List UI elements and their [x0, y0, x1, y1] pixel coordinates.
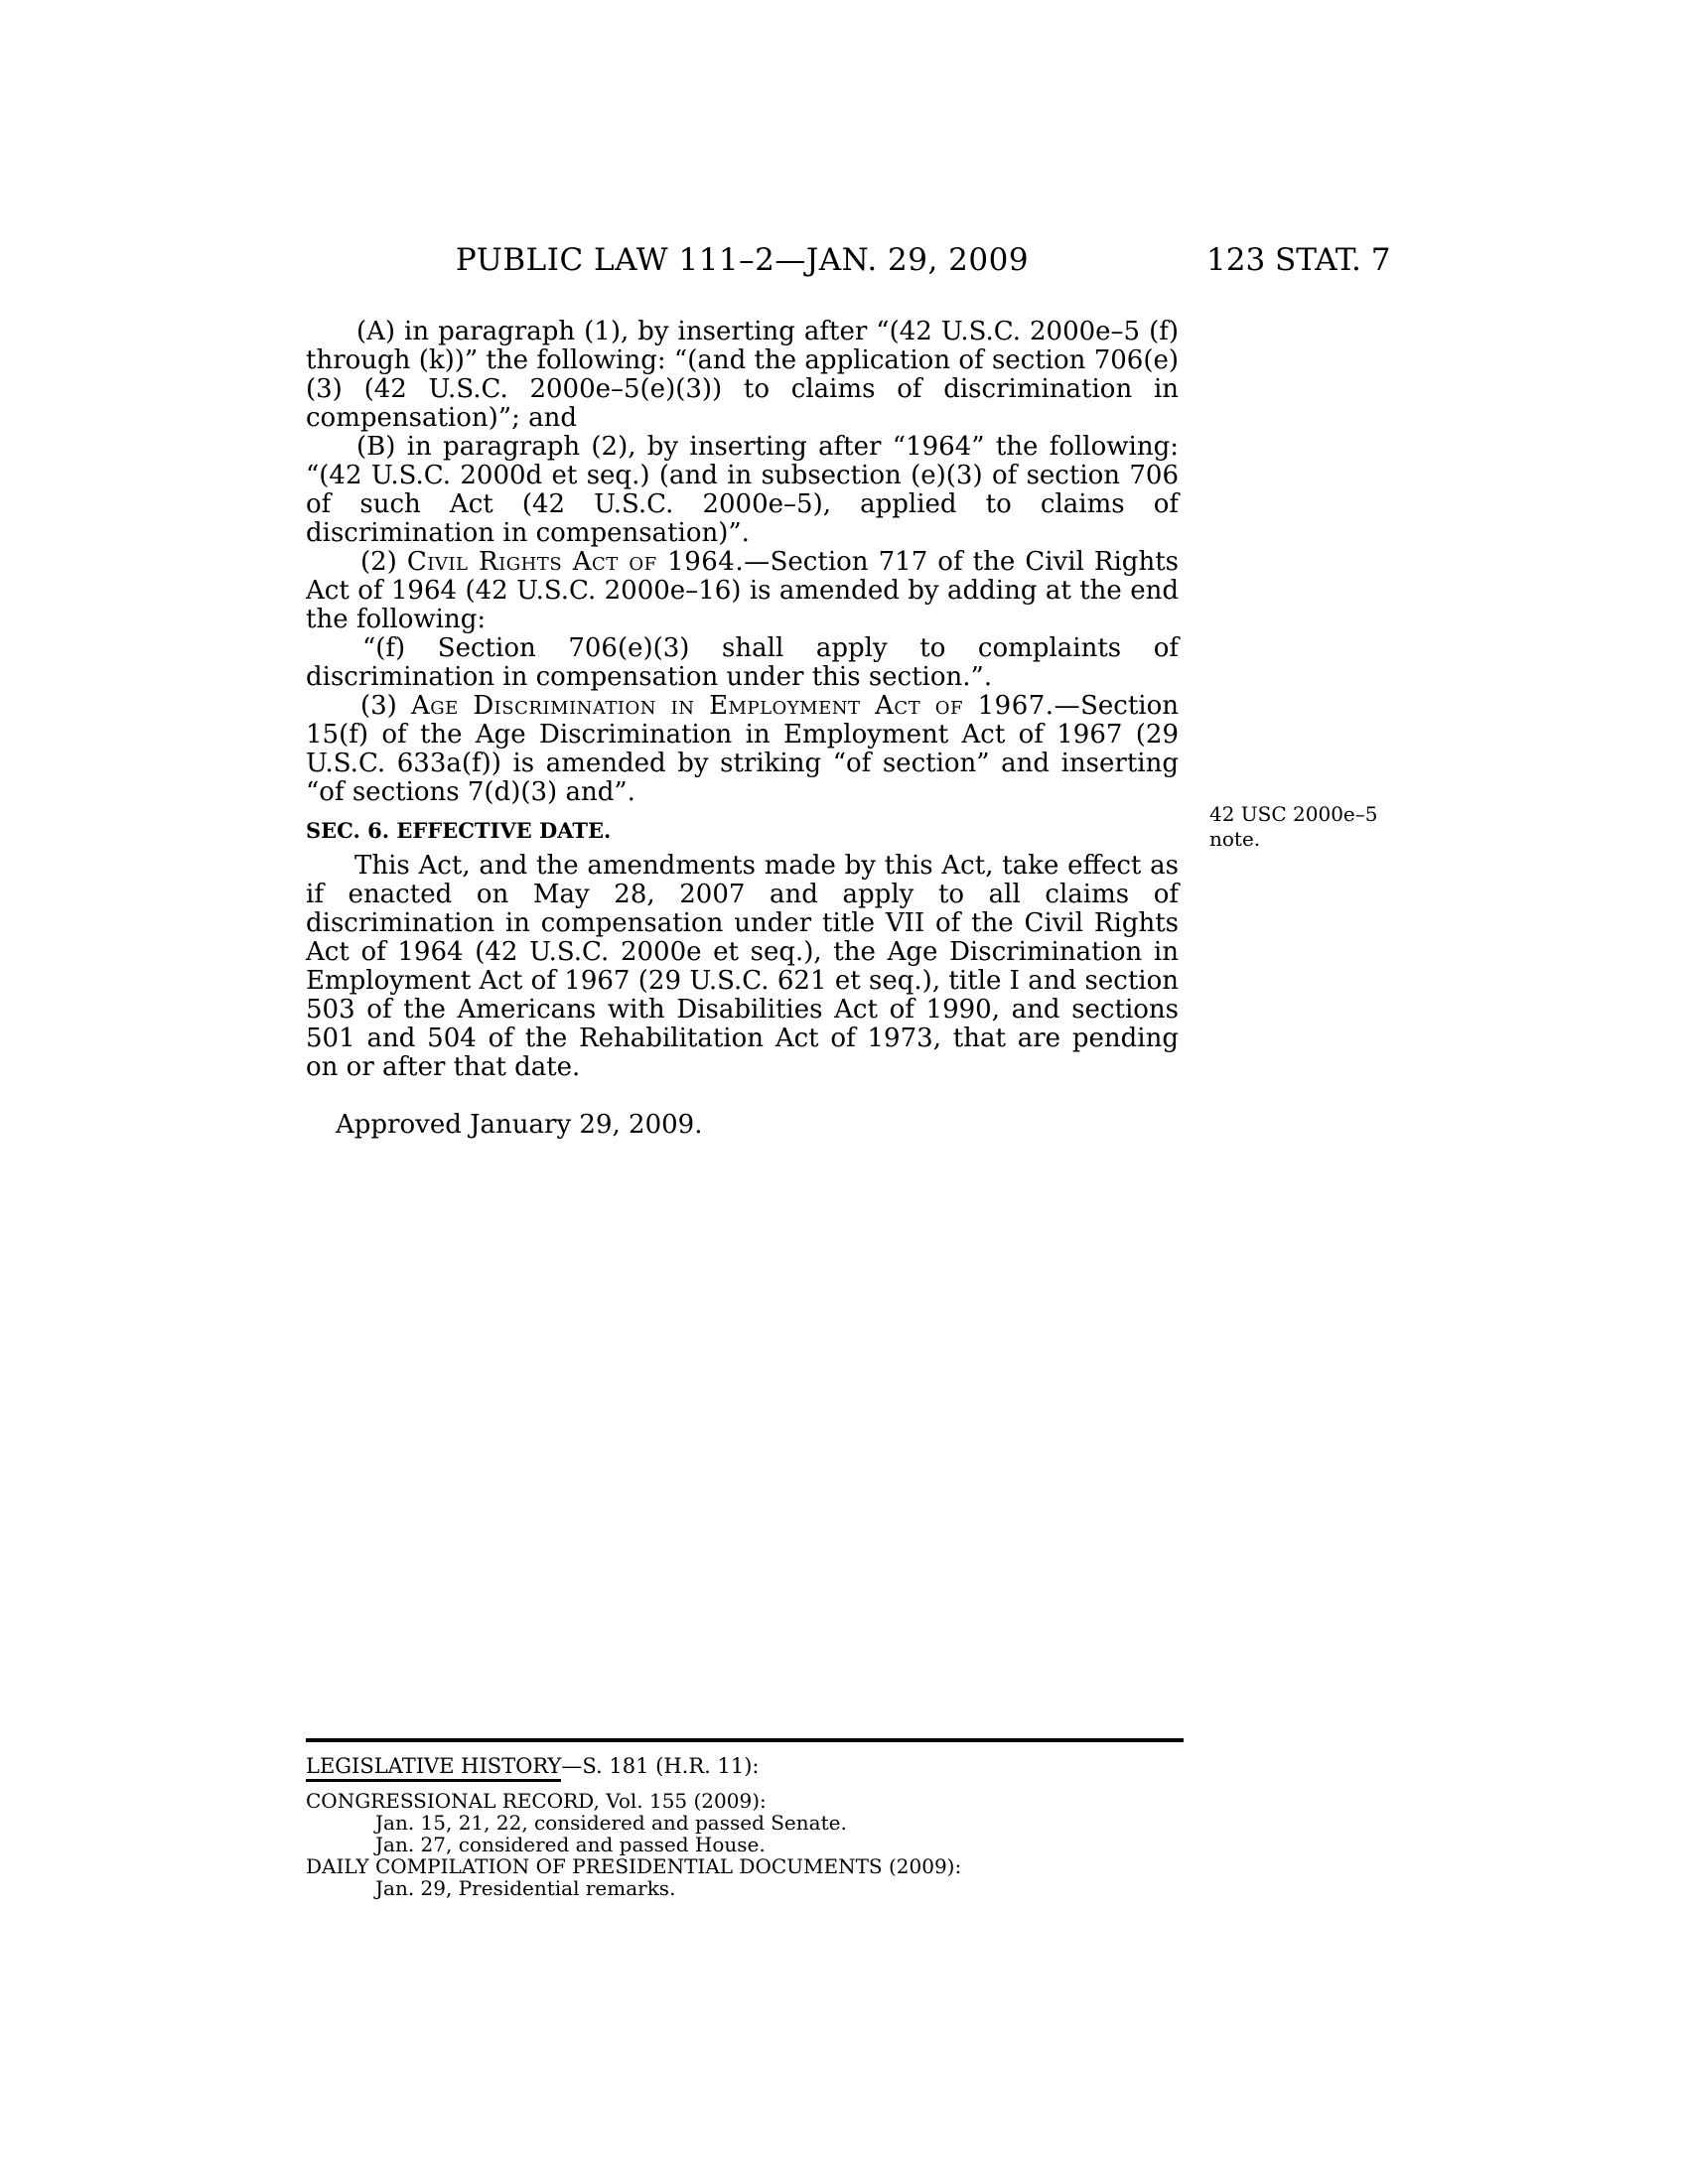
amendment-paragraph-a: (A) in paragraph (1), by inserting after… — [306, 318, 1179, 433]
legislative-history-title: LEGISLATIVE HISTORY—S. 181 (H.R. 11): — [306, 1755, 1184, 1777]
congressional-record-heading: CONGRESSIONAL RECORD, Vol. 155 (2009): — [306, 1790, 1184, 1812]
section-6-effective-date-paragraph: This Act, and the amendments made by thi… — [306, 852, 1179, 1082]
presidential-documents-heading: DAILY COMPILATION OF PRESIDENTIAL DOCUME… — [306, 1855, 1184, 1877]
section-6-heading: SEC. 6. EFFECTIVE DATE. — [306, 816, 1179, 845]
statute-page: PUBLIC LAW 111–2—JAN. 29, 2009 123 STAT.… — [0, 0, 1688, 2184]
quoted-subsection-f: “(f) Section 706(e)(3) shall apply to co… — [306, 634, 1179, 692]
legislative-history-title-underlined: LEGISLATIVE HISTORY — [306, 1754, 561, 1782]
amendment-paragraph-b: (B) in paragraph (2), by inserting after… — [306, 433, 1179, 548]
congressional-record-item-house: Jan. 27, considered and passed House. — [306, 1834, 1184, 1855]
presidential-documents-item-remarks: Jan. 29, Presidential remarks. — [306, 1877, 1184, 1899]
running-head-stat-page-number: 123 STAT. 7 — [1206, 242, 1391, 278]
running-head-law-title: PUBLIC LAW 111–2—JAN. 29, 2009 — [306, 242, 1179, 278]
congressional-record-item-senate: Jan. 15, 21, 22, considered and passed S… — [306, 1812, 1184, 1834]
legislative-history-section: LEGISLATIVE HISTORY—S. 181 (H.R. 11): CO… — [306, 1738, 1184, 1899]
statute-body-text: (A) in paragraph (1), by inserting after… — [306, 318, 1179, 1140]
paragraph-3-number: (3) — [360, 691, 411, 721]
usc-margin-note: 42 USC 2000e–5 note. — [1209, 802, 1388, 852]
paragraph-3-smallcaps-heading: Age Discrimination in Employment Act of … — [411, 691, 1080, 721]
approved-date-line: Approved January 29, 2009. — [306, 1111, 1179, 1140]
paragraph-2-number: (2) — [360, 547, 407, 577]
paragraph-2-smallcaps-heading: Civil Rights Act of 1964.— — [407, 547, 771, 577]
legislative-history-rule — [306, 1738, 1184, 1742]
paragraph-3-adea: (3) Age Discrimination in Employment Act… — [306, 692, 1179, 807]
legislative-history-title-rest: —S. 181 (H.R. 11): — [561, 1754, 759, 1778]
paragraph-2-civil-rights-act: (2) Civil Rights Act of 1964.—Section 71… — [306, 548, 1179, 634]
